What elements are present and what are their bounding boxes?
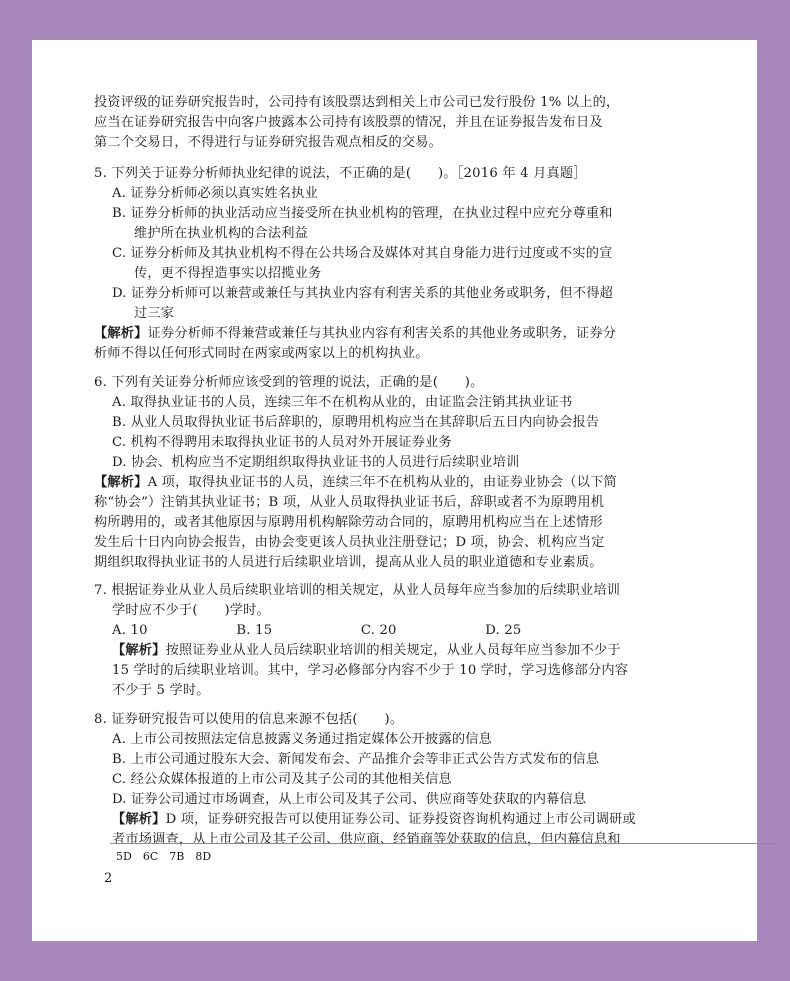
analysis-text-continued: 不少于 5 学时。 <box>112 681 210 701</box>
question-7-analysis: 【解析】按照证券业从业人员后续职业培训的相关规定，从业人员每年应当参加不少于 <box>112 641 621 661</box>
question-number: 8. <box>94 712 107 727</box>
question-8-option-d: D. 证券公司通过市场调查，从上市公司及其子公司、供应商等处获取的内幕信息 <box>112 790 586 810</box>
analysis-text-continued: 构所聘用的，或者其他原因与原聘用机构解除劳动合同的，原聘用机构应当在上述情形 <box>94 513 603 533</box>
option-c: C. 20 <box>361 621 481 641</box>
question-text-continued: 学时应不少于( )学时。 <box>112 601 270 621</box>
option-label: B. <box>236 621 250 641</box>
question-5-analysis: 【解析】证券分析师不得兼营或兼任与其执业内容有利害关系的其他业务或职务，证券分 <box>94 324 616 344</box>
question-number: 6. <box>94 375 107 390</box>
question-6-option-b: B. 从业人员取得执业证书后辞职的，原聘用机构应当在其辞职后五日内向协会报告 <box>112 413 599 433</box>
question-6-option-a: A. 取得执业证书的人员，连续三年不在机构从业的，由证监会注销其执业证书 <box>112 393 572 413</box>
option-text: 20 <box>379 621 396 641</box>
option-label: D. <box>112 286 127 301</box>
option-text: 25 <box>504 621 521 641</box>
option-label: A. <box>112 621 126 641</box>
option-label: D. <box>112 455 127 470</box>
option-label: D. <box>112 792 127 807</box>
analysis-text-continued: 称“协会”）注销其执业证书；B 项，从业人员取得执业证书后，辞职或者不为原聘用机 <box>94 493 604 513</box>
question-5-option-c: C. 证券分析师及其执业机构不得在公共场合及媒体对其自身能力进行过度或不实的宣 <box>112 244 613 264</box>
option-label: B. <box>112 752 126 767</box>
question-5-option-b: B. 证券分析师的执业活动应当接受所在执业机构的管理，在执业过程中应充分尊重和 <box>112 204 613 224</box>
option-b: B. 15 <box>236 621 356 641</box>
question-5-stem: 5. 下列关于证券分析师执业纪律的说法，不正确的是( )。［2016 年 4 月… <box>94 164 587 184</box>
option-text: 证券公司通过市场调查，从上市公司及其子公司、供应商等处获取的内幕信息 <box>131 792 586 807</box>
question-text: 下列关于证券分析师执业纪律的说法，不正确的是( )。［2016 年 4 月真题］ <box>111 166 586 181</box>
question-7-stem: 7. 根据证券业从业人员后续职业培训的相关规定，从业人员每年应当参加的后续职业培… <box>94 581 620 601</box>
analysis-label: 【解析】 <box>112 643 166 658</box>
option-text: 15 <box>255 621 272 641</box>
option-text: 协会、机构应当不定期组织取得执业证书的人员进行后续职业培训 <box>131 455 519 470</box>
option-d: D. 25 <box>485 621 605 641</box>
question-8-option-a: A. 上市公司按照法定信息披露义务通过指定媒体公开披露的信息 <box>112 730 492 750</box>
analysis-text-continued: 析师不得以任何形式同时在两家或两家以上的机构执业。 <box>94 344 429 364</box>
question-6-stem: 6. 下列有关证券分析师应该受到的管理的说法，正确的是( )。 <box>94 373 484 393</box>
book-page: 投资评级的证券研究报告时，公司持有该股票达到相关上市公司已发行股份 1% 以上的… <box>32 40 757 941</box>
option-label: C. <box>112 772 126 787</box>
option-label: C. <box>112 246 126 261</box>
option-text: 取得执业证书的人员，连续三年不在机构从业的，由证监会注销其执业证书 <box>131 395 573 410</box>
analysis-text: D 项，证券研究报告可以使用证券公司、证券投资咨询机构通过上市公司调研或 <box>166 812 636 827</box>
option-text: 10 <box>131 621 148 641</box>
question-text: 根据证券业从业人员后续职业培训的相关规定，从业人员每年应当参加的后续职业培训 <box>111 583 620 598</box>
analysis-text-continued: 期组织取得执业证书的人员进行后续职业培训，提高从业人员的职业道德和专业素质。 <box>94 553 603 573</box>
option-label: C. <box>361 621 375 641</box>
question-number: 5. <box>94 166 107 181</box>
continuation-line: 应当在证券研究报告中向客户披露本公司持有该股票的情况，并且在证券报告发布日及 <box>94 113 603 133</box>
analysis-label: 【解析】 <box>94 475 148 490</box>
analysis-text-continued: 15 学时的后续职业培训。其中，学习必修部分内容不少于 10 学时，学习选修部分… <box>112 661 628 681</box>
footnote-divider <box>110 843 776 844</box>
option-text: 从业人员取得执业证书后辞职的，原聘用机构应当在其辞职后五日内向协会报告 <box>131 415 600 430</box>
option-label: B. <box>112 415 126 430</box>
option-label: A. <box>112 395 126 410</box>
question-5-option-d: D. 证券分析师可以兼营或兼任与其执业内容有利害关系的其他业务或职务，但不得超 <box>112 284 613 304</box>
analysis-text-continued: 发生后十日内向协会报告，由协会变更该人员执业注册登记；D 项，协会、机构应当定 <box>94 533 605 553</box>
question-8-option-c: C. 经公众媒体报道的上市公司及其子公司的其他相关信息 <box>112 770 452 790</box>
option-label: A. <box>112 186 126 201</box>
question-5-option-a: A. 证券分析师必须以真实姓名执业 <box>112 184 318 204</box>
page-number: 2 <box>104 870 112 888</box>
analysis-text-continued: 者市场调查，从上市公司及其子公司、供应商、经销商等处获取的信息，但内幕信息和 <box>112 830 621 850</box>
option-label: D. <box>485 621 500 641</box>
question-6-option-c: C. 机构不得聘用未取得执业证书的人员对外开展证券业务 <box>112 433 452 453</box>
option-text: 机构不得聘用未取得执业证书的人员对外开展证券业务 <box>131 435 452 450</box>
option-text-continued: 维护所在执业机构的合法利益 <box>134 224 308 244</box>
continuation-line: 投资评级的证券研究报告时，公司持有该股票达到相关上市公司已发行股份 1% 以上的… <box>94 93 619 113</box>
continuation-line: 第二个交易日，不得进行与证券研究报告观点相反的交易。 <box>94 133 442 153</box>
option-text: 经公众媒体报道的上市公司及其子公司的其他相关信息 <box>131 772 452 787</box>
option-label: C. <box>112 435 126 450</box>
option-text: 证券分析师的执业活动应当接受所在执业机构的管理，在执业过程中应充分尊重和 <box>131 206 613 221</box>
question-text: 证券研究报告可以使用的信息来源不包括( )。 <box>111 712 403 727</box>
question-8-analysis: 【解析】D 项，证券研究报告可以使用证券公司、证券投资咨询机构通过上市公司调研或 <box>112 810 636 830</box>
analysis-label: 【解析】 <box>94 326 148 341</box>
option-text: 上市公司按照法定信息披露义务通过指定媒体公开披露的信息 <box>131 732 492 747</box>
analysis-label: 【解析】 <box>112 812 166 827</box>
analysis-text: A 项，取得执业证书的人员，连续三年不在机构从业的，由证券业协会（以下简 <box>148 475 617 490</box>
question-6-analysis: 【解析】A 项，取得执业证书的人员，连续三年不在机构从业的，由证券业协会（以下简 <box>94 473 617 493</box>
question-number: 7. <box>94 583 107 598</box>
option-text: 证券分析师必须以真实姓名执业 <box>131 186 318 201</box>
answer-key: 5D 6C 7B 8D <box>116 848 211 866</box>
option-text-continued: 传，更不得捏造事实以招揽业务 <box>134 264 321 284</box>
question-8-option-b: B. 上市公司通过股东大会、新闻发布会、产品推介会等非正式公告方式发布的信息 <box>112 750 599 770</box>
option-a: A. 10 <box>112 621 232 641</box>
option-text: 证券分析师及其执业机构不得在公共场合及媒体对其自身能力进行过度或不实的宣 <box>131 246 613 261</box>
analysis-text: 按照证券业从业人员后续职业培训的相关规定，从业人员每年应当参加不少于 <box>166 643 621 658</box>
question-8-stem: 8. 证券研究报告可以使用的信息来源不包括( )。 <box>94 710 403 730</box>
option-text: 证券分析师可以兼营或兼任与其执业内容有利害关系的其他业务或职务，但不得超 <box>131 286 613 301</box>
question-text: 下列有关证券分析师应该受到的管理的说法，正确的是( )。 <box>111 375 483 390</box>
option-label: A. <box>112 732 126 747</box>
analysis-text: 证券分析师不得兼营或兼任与其执业内容有利害关系的其他业务或职务，证券分 <box>148 326 617 341</box>
option-label: B. <box>112 206 126 221</box>
question-6-option-d: D. 协会、机构应当不定期组织取得执业证书的人员进行后续职业培训 <box>112 453 519 473</box>
option-text-continued: 过三家 <box>134 304 174 324</box>
question-7-options: A. 10 B. 15 C. 20 D. 25 <box>112 621 605 641</box>
option-text: 上市公司通过股东大会、新闻发布会、产品推介会等非正式公告方式发布的信息 <box>131 752 600 767</box>
